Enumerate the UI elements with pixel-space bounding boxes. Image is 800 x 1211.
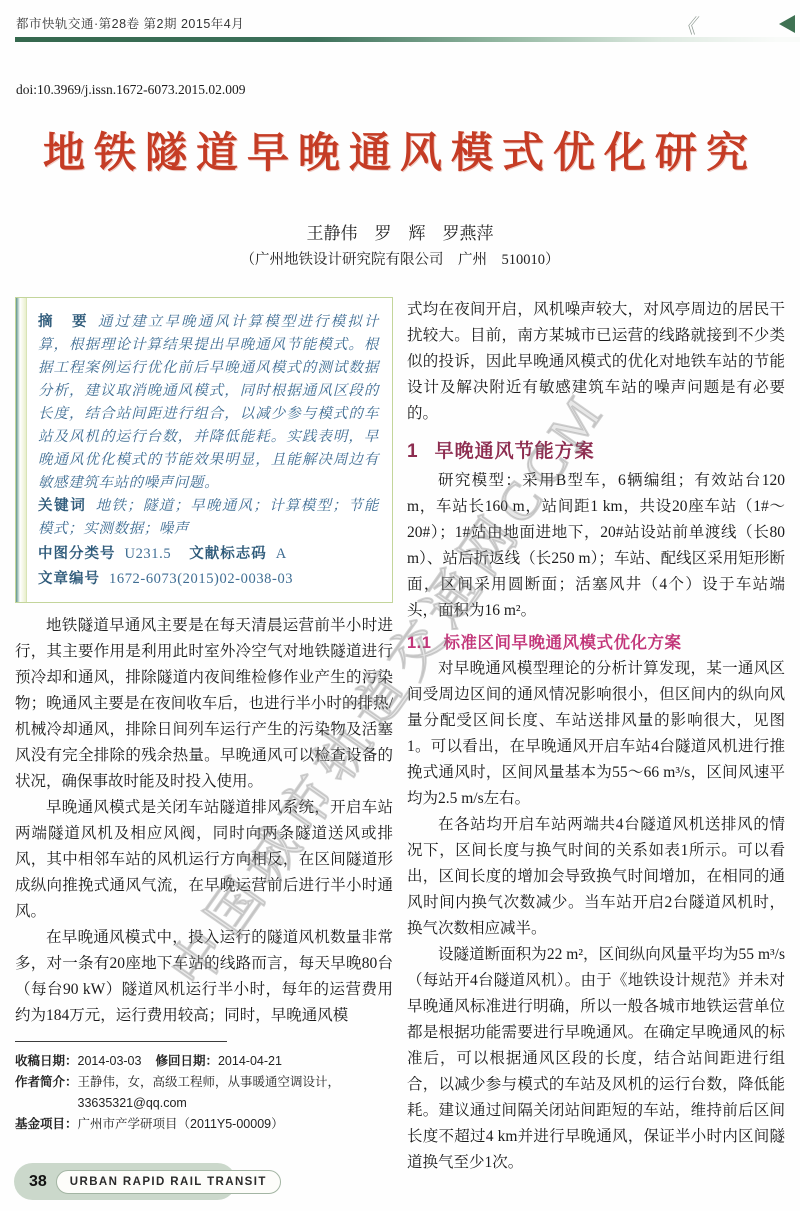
author-email: 33635321@qq.com: [78, 1096, 187, 1110]
double-chevron-icon: 《: [676, 10, 696, 39]
section-title: 早晚通风节能方案: [435, 441, 595, 462]
body-paragraph: 设隧道断面积为22 m²，区间纵向风量平均为55 m³/s（每站开4台隧道风机）…: [407, 942, 785, 1176]
section-heading-1-1: 1.1标准区间早晚通风模式优化方案: [407, 629, 785, 653]
footnote-divider: [15, 1041, 227, 1042]
abstract-box-accent-bar: [16, 298, 27, 602]
journal-page: 都市快轨交通·第28卷 第2期 2015年4月 《 doi:10.3969/j.…: [0, 0, 800, 1211]
footnote-block: 收稿日期：2014-03-03修回日期：2014-04-21 作者简介：王静伟，…: [15, 1041, 393, 1135]
left-column: 摘 要通过建立早晚通风计算模型进行模拟计算，根据理论计算结果提出早晚通风节能模式…: [15, 297, 393, 1029]
footnote-dates-row: 收稿日期：2014-03-03修回日期：2014-04-21: [15, 1051, 393, 1072]
page-number: 38: [29, 1173, 47, 1191]
keywords-text: 地铁；隧道；早晚通风；计算模型；节能模式；实测数据；噪声: [38, 498, 379, 537]
abstract-label: 摘 要: [38, 314, 89, 330]
author-bio-label: 作者简介：: [15, 1072, 78, 1114]
keywords-label: 关键词: [38, 498, 87, 514]
keywords-paragraph: 关键词地铁；隧道；早晚通风；计算模型；节能模式；实测数据；噪声: [38, 495, 379, 541]
left-triangle-icon: [779, 15, 795, 33]
author-bio-value: 王静伟，女，高级工程师，从事暖通空调设计，33635321@qq.com: [78, 1072, 393, 1114]
footnote-author-row: 作者简介：王静伟，女，高级工程师，从事暖通空调设计，33635321@qq.co…: [15, 1072, 393, 1114]
clc-line: 中图分类号U231.5文献标志码A: [38, 543, 379, 566]
abstract-paragraph: 摘 要通过建立早晚通风计算模型进行模拟计算，根据理论计算结果提出早晚通风节能模式…: [38, 311, 379, 495]
clc-value: U231.5: [125, 546, 172, 562]
fund-label: 基金项目：: [15, 1114, 78, 1135]
author-bio-text: 王静伟，女，高级工程师，从事暖通空调设计，: [78, 1075, 341, 1089]
fund-value: 广州市产学研项目（2011Y5-00009）: [78, 1114, 284, 1135]
doi-line: doi:10.3969/j.issn.1672-6073.2015.02.009: [16, 82, 246, 98]
abstract-text: 通过建立早晚通风计算模型进行模拟计算，根据理论计算结果提出早晚通风节能模式。根据…: [38, 314, 379, 491]
body-paragraph: 对早晚通风模型理论的分析计算发现，某一通风区间受周边区间的通风情况影响很小，但区…: [407, 656, 785, 812]
article-title: 地铁隧道早晚通风模式优化研究: [0, 120, 800, 180]
received-date-value: 2014-03-03: [78, 1051, 142, 1072]
subsection-title: 标准区间早晚通风模式优化方案: [443, 634, 681, 652]
abstract-box: 摘 要通过建立早晚通风计算模型进行模拟计算，根据理论计算结果提出早晚通风节能模式…: [15, 297, 393, 603]
doc-code-label: 文献标志码: [189, 546, 267, 562]
body-paragraph: 在早晚通风模式中，投入运行的隧道风机数量非常多，对一条有20座地下车站的线路而言…: [15, 925, 393, 1029]
article-id-line: 文章编号1672-6073(2015)02-0038-03: [38, 568, 379, 591]
affiliation-line: （广州地铁设计研究院有限公司 广州 510010）: [0, 248, 800, 269]
body-paragraph-continuation: 式均在夜间开启，风机噪声较大，对风亭周边的居民干扰较大。目前，南方某城市已运营的…: [407, 297, 785, 427]
article-id-label: 文章编号: [38, 571, 100, 587]
revised-date-value: 2014-04-21: [218, 1051, 282, 1072]
body-paragraph: 研究模型：采用B型车，6辆编组；有效站台120 m，车站长160 m，站间距1 …: [407, 468, 785, 624]
footer-page-pill: 38 URBAN RAPID RAIL TRANSIT: [14, 1163, 236, 1200]
authors-line: 王静伟 罗 辉 罗燕萍: [0, 219, 800, 244]
received-date-label: 收稿日期：: [15, 1051, 78, 1072]
section-number: 1: [407, 441, 419, 462]
article-id-value: 1672-6073(2015)02-0038-03: [109, 571, 293, 587]
clc-label: 中图分类号: [38, 546, 116, 562]
footnote-fund-row: 基金项目：广州市产学研项目（2011Y5-00009）: [15, 1114, 393, 1135]
revised-date-label: 修回日期：: [155, 1051, 218, 1072]
body-paragraph: 早晚通风模式是关闭车站隧道排风系统，开启车站两端隧道风机及相应风阀，同时向两条隧…: [15, 795, 393, 925]
journal-header-info: 都市快轨交通·第28卷 第2期 2015年4月: [16, 14, 244, 32]
subsection-number: 1.1: [407, 634, 431, 652]
body-paragraph: 在各站均开启车站两端共4台隧道风机送排风的情况下，区间长度与换气时间的关系如表1…: [407, 812, 785, 942]
body-paragraph: 地铁隧道早通风主要是在每天清晨运营前半小时进行，其主要作用是利用此时室外冷空气对…: [15, 613, 393, 795]
doc-code-value: A: [276, 546, 287, 562]
section-heading-1: 1早晚通风节能方案: [407, 436, 785, 463]
header-divider: [15, 37, 800, 42]
journal-name-en: URBAN RAPID RAIL TRANSIT: [56, 1170, 281, 1194]
right-column: 式均在夜间开启，风机噪声较大，对风亭周边的居民干扰较大。目前，南方某城市已运营的…: [407, 297, 785, 1176]
